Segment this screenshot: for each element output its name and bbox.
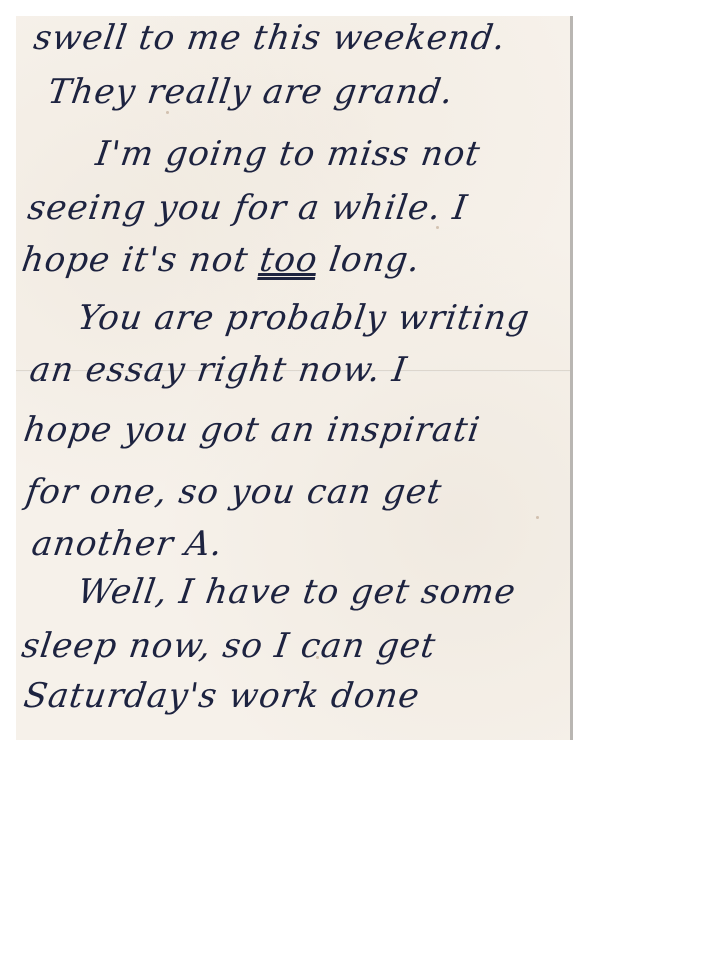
letter-page: swell to me this weekend. They really ar… [16,16,573,740]
letter-line: They really are grand. [45,72,456,112]
letter-line: swell to me this weekend. [31,18,508,58]
letter-text: long. [327,240,423,280]
letter-line: another A. [29,524,225,564]
letter-line: sleep now, so I can get [19,626,438,666]
letter-line: Saturday's work done [21,676,422,716]
paper-speck [536,516,539,519]
letter-line: seeing you for a while. I [25,188,470,228]
letter-line: Well, I have to get some [75,572,518,612]
letter-line: hope you got an inspirati [21,410,483,450]
letter-line: I'm going to miss not [93,134,483,174]
letter-line: for one, so you can get [23,472,445,512]
letter-line: hope it's not too long. [19,240,423,280]
letter-line: You are probably writing [75,298,532,338]
letter-text: hope it's not [19,240,251,280]
letter-line: an essay right now. I [27,350,410,390]
underlined-word: too [257,240,320,280]
